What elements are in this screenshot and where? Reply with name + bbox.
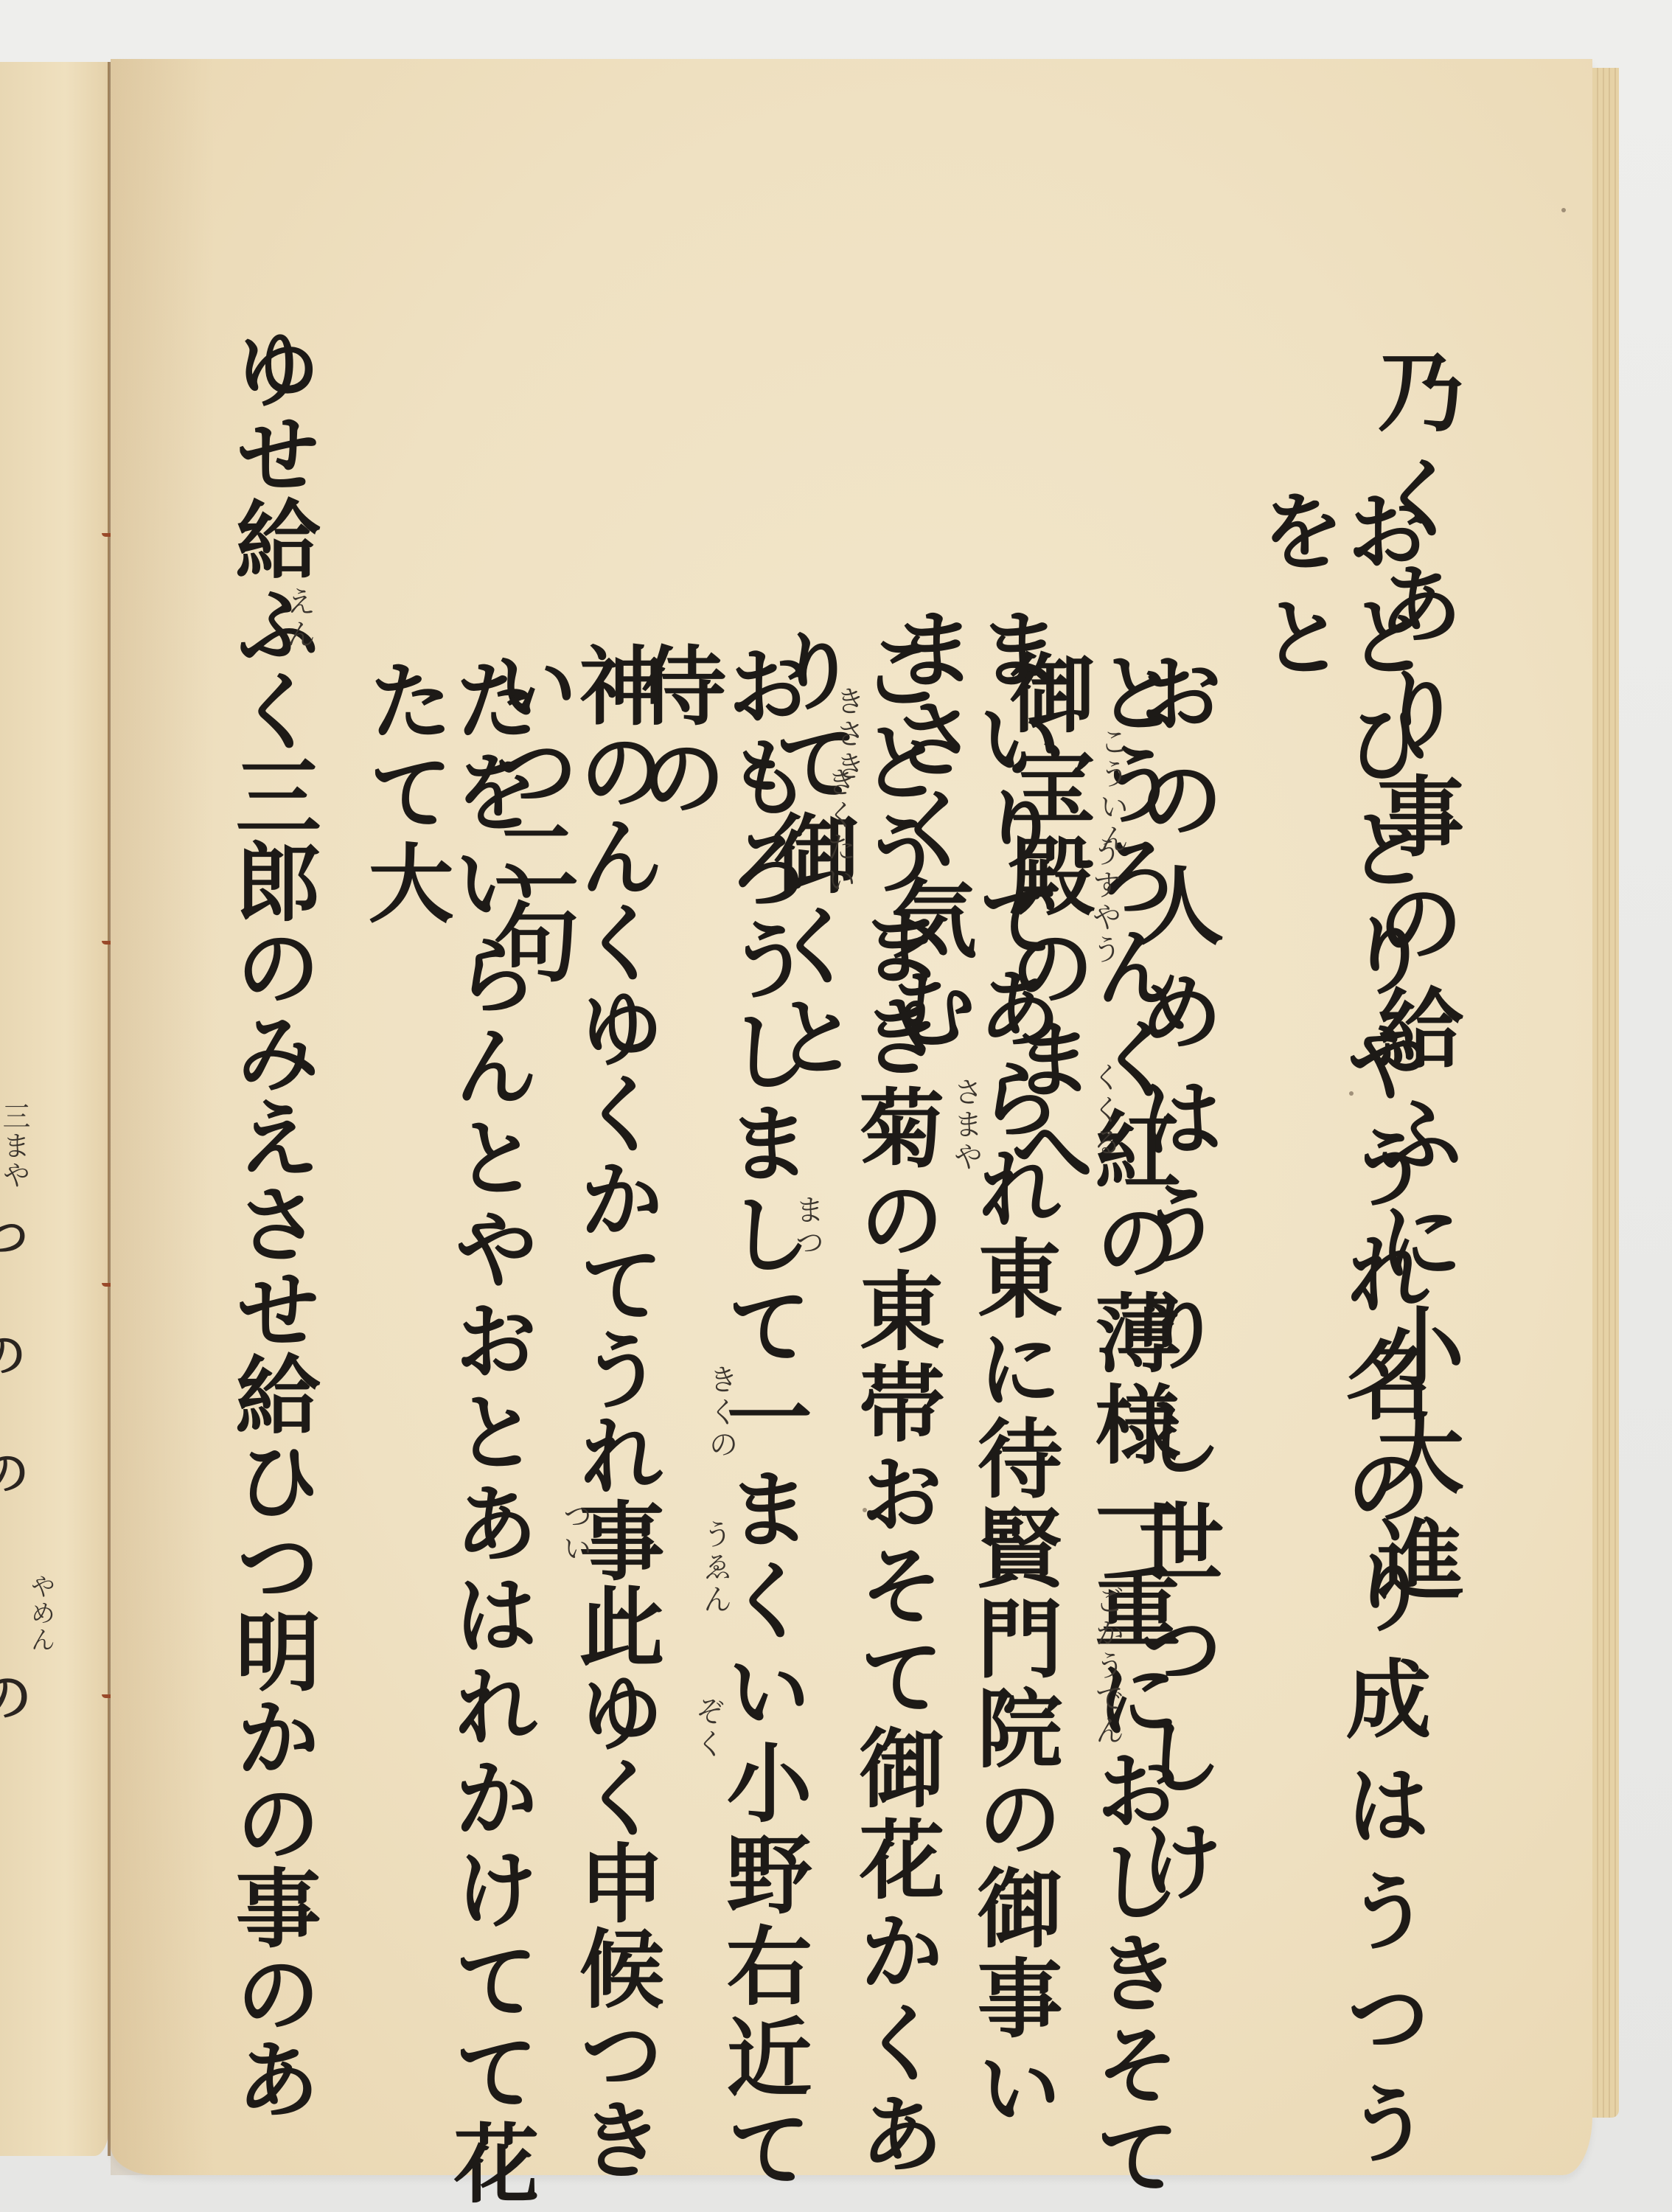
left-page-glyph: つ (0, 1212, 25, 1304)
furigana: ぞく (693, 1696, 722, 1761)
furigana: くくる (1090, 1062, 1119, 1159)
paper-speck (863, 1508, 867, 1512)
left-page-furigana-top: 三まや (0, 1102, 28, 1190)
page-stack-edge (1592, 68, 1619, 2118)
left-page-furigana-bottom: やめん (28, 1573, 53, 1653)
paper-speck (1561, 208, 1566, 212)
furigana: きくの (706, 1364, 736, 1461)
left-page-glyph: の (0, 1669, 28, 1767)
furigana: ごかうでん (1093, 1585, 1122, 1747)
furigana: まつ (793, 1194, 822, 1259)
left-page: 三まや つ の の やめん の (0, 62, 109, 2156)
text-column: たをいらんとやおとあはれかけてて花たて大 (361, 656, 532, 2212)
furigana: うゑん (700, 1519, 730, 1616)
furigana: つい (560, 1500, 590, 1565)
left-page-glyph: の (0, 1330, 22, 1422)
furigana: さまや (951, 1077, 980, 1174)
left-page-glyph: の (0, 1448, 25, 1540)
furigana: うすやう (1090, 837, 1119, 967)
furigana: えん (284, 586, 313, 651)
text-column: おとひとりやうれ名のり成はうつうをと (1253, 487, 1424, 2212)
paper-speck (1349, 1091, 1354, 1096)
furigana: きくたい (824, 767, 854, 897)
